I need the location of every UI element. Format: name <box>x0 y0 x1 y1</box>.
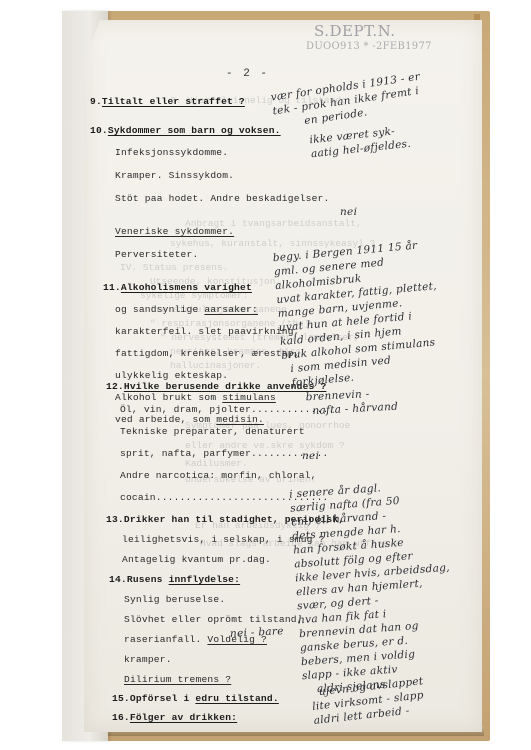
sub-heading-veneriske: Veneriske sykdommer. <box>115 226 234 237</box>
typed-line: Slövhet eller oprömt tilstand, <box>124 614 303 625</box>
typed-line: sprit, nafta, parfymer............. <box>120 448 329 459</box>
typed-line: Öl, vin, dram, pjolter.............. <box>120 404 334 415</box>
typed-line-delirium: Dilirium tremens ? <box>124 674 231 685</box>
question-label-underlined: edru tilstand. <box>195 693 278 704</box>
typed-line: ved arbeide, som medisin. <box>115 414 264 425</box>
bleed-through-line: Kadilusmer. <box>185 458 248 469</box>
question-10: 10.Sykdommer som barn og voksen. <box>90 125 281 136</box>
handwritten-answer-10-veneriske: nei <box>340 206 357 218</box>
typed-line: Tekniske preparater, denaturert <box>120 426 305 437</box>
question-number: 9. <box>90 96 102 107</box>
stamp-line-1: S.DEPT.N. <box>314 22 432 40</box>
question-label: Alkoholismens varighet <box>121 282 252 293</box>
question-number: 16. <box>112 712 130 723</box>
handwritten-answer-11: begy. i Bergen 1911 15 år gml. og senere… <box>272 237 444 390</box>
text: Alkohol brukt som <box>115 392 222 403</box>
text-underlined: stimulans <box>222 392 276 403</box>
question-number: 14. <box>109 574 127 585</box>
received-stamp: S.DEPT.N. DUOO913 * -2FEB1977 <box>306 22 432 52</box>
handwritten-answer-13-14: i senere år dagl. særlig nafta (fra 50 c… <box>289 477 458 697</box>
typed-line: Antagelig kvantum pr.dag. <box>122 554 271 565</box>
typed-line: ulykkelig ekteskap. <box>115 370 228 381</box>
typed-line: Andre narcotica: morfin, chloral, <box>120 470 317 481</box>
bleed-through-line: IV. Status presens. <box>120 262 228 273</box>
question-number: 12. <box>106 381 124 392</box>
question-label: Opförsel i <box>130 693 196 704</box>
question-number: 15. <box>112 693 130 704</box>
question-number: 10. <box>90 125 108 136</box>
typed-line: Perversiteter. <box>115 249 198 260</box>
question-label: Rusens <box>127 574 169 585</box>
question-number: 13. <box>106 514 124 525</box>
text: ved arbeide, som <box>115 414 216 425</box>
typed-line: fattigdom, krenkelser, ærestap, <box>115 348 300 359</box>
question-label-underlined: innflydelse: <box>169 574 241 585</box>
page-number: - 2 - <box>226 68 269 80</box>
question-15: 15.Opförsel i edru tilstand. <box>112 693 279 704</box>
typed-line: Kramper. Sinssykdom. <box>115 170 234 181</box>
text: og sandsynlige <box>115 304 204 315</box>
text: raserianfall. <box>124 634 207 645</box>
text-underlined: aarsaker: <box>204 304 258 315</box>
question-11: 11.Alkoholismens varighet <box>103 282 252 293</box>
question-label: Tiltalt eller straffet ? <box>102 96 245 107</box>
typed-line: Infeksjonssykdomme. <box>115 147 228 158</box>
typed-line: karakterfeil. slet paavirkning, <box>115 326 300 337</box>
question-16: 16.Fölger av drikken: <box>112 712 237 723</box>
typed-line: Alkohol brukt som stimulans <box>115 392 276 403</box>
typed-line: Synlig beruselse. <box>124 594 225 605</box>
typed-line: Stöt paa hodet. Andre beskadigelser. <box>115 193 329 204</box>
typed-line: kramper. <box>124 654 172 665</box>
question-9: 9.Tiltalt eller straffet ? <box>90 96 245 107</box>
question-14: 14.Rusens innflydelse: <box>109 574 240 585</box>
text-underlined: medisin. <box>216 414 264 425</box>
typed-line: og sandsynlige aarsaker: <box>115 304 258 315</box>
question-label: Fölger av drikken: <box>130 712 237 723</box>
question-label: Sykdommer som barn og voksen. <box>108 125 281 136</box>
handwritten-answer-12: brennevin - nafta - hårvand <box>305 386 398 419</box>
handwritten-answer-12-narcotica: nei <box>302 450 319 462</box>
question-number: 11. <box>103 282 121 293</box>
stamp-line-2: DUOO913 * -2FEB1977 <box>306 41 432 52</box>
